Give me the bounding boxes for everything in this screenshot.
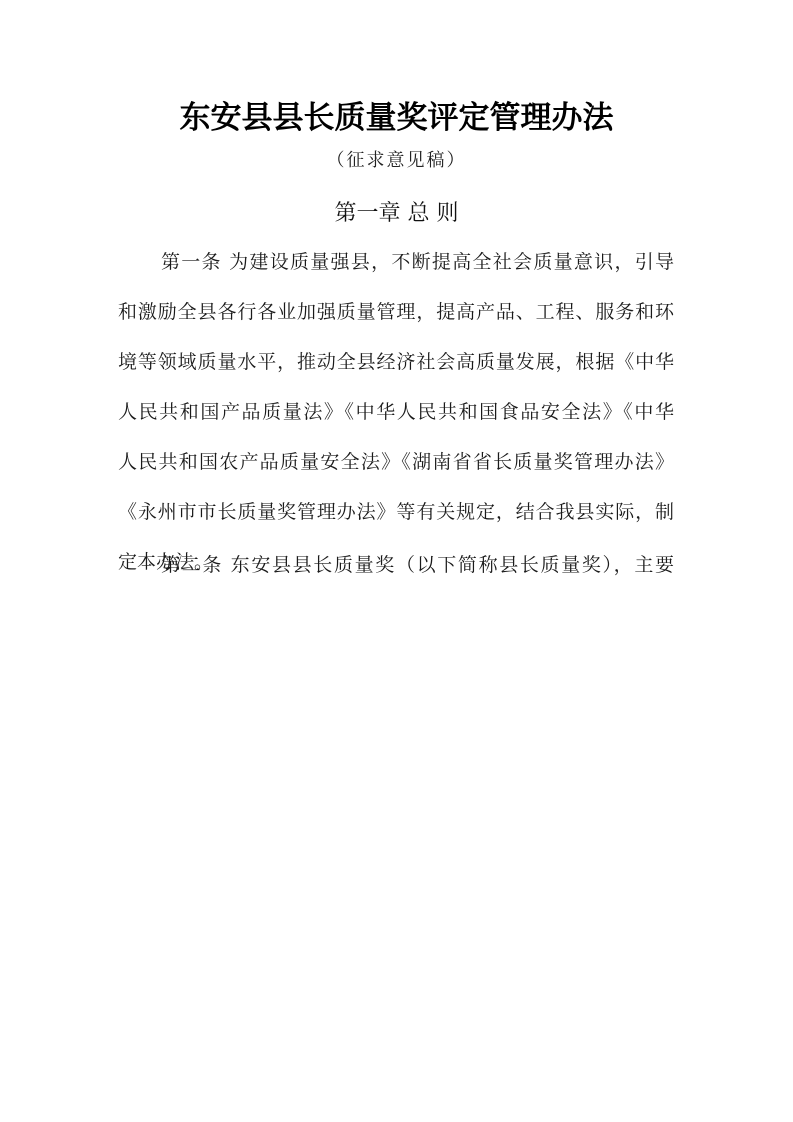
article-line: 和激励全县各行各业加强质量管理，提高产品、工程、服务和环 <box>118 297 674 327</box>
article-line: 人民共和国产品质量法》《中华人民共和国食品安全法》《中华 <box>118 397 674 427</box>
article-line: 《永州市市长质量奖管理办法》等有关规定，结合我县实际，制 <box>118 497 674 527</box>
document-subtitle: （征求意见稿） <box>0 146 793 172</box>
document-page: 东安县县长质量奖评定管理办法 （征求意见稿） 第一章 总 则 第一条 为建设质量… <box>0 0 793 1122</box>
article-line: 境等领域质量水平，推动全县经济社会高质量发展，根据《中华 <box>118 347 674 377</box>
article-line: 第一条 为建设质量强县，不断提高全社会质量意识，引导 <box>161 247 674 277</box>
chapter-heading: 第一章 总 则 <box>0 196 793 227</box>
article-line: 人民共和国农产品质量安全法》《湖南省省长质量奖管理办法》 <box>118 447 674 477</box>
document-title: 东安县县长质量奖评定管理办法 <box>0 92 793 137</box>
article-line: 第二条 东安县县长质量奖（以下简称县长质量奖），主要 <box>161 550 674 580</box>
